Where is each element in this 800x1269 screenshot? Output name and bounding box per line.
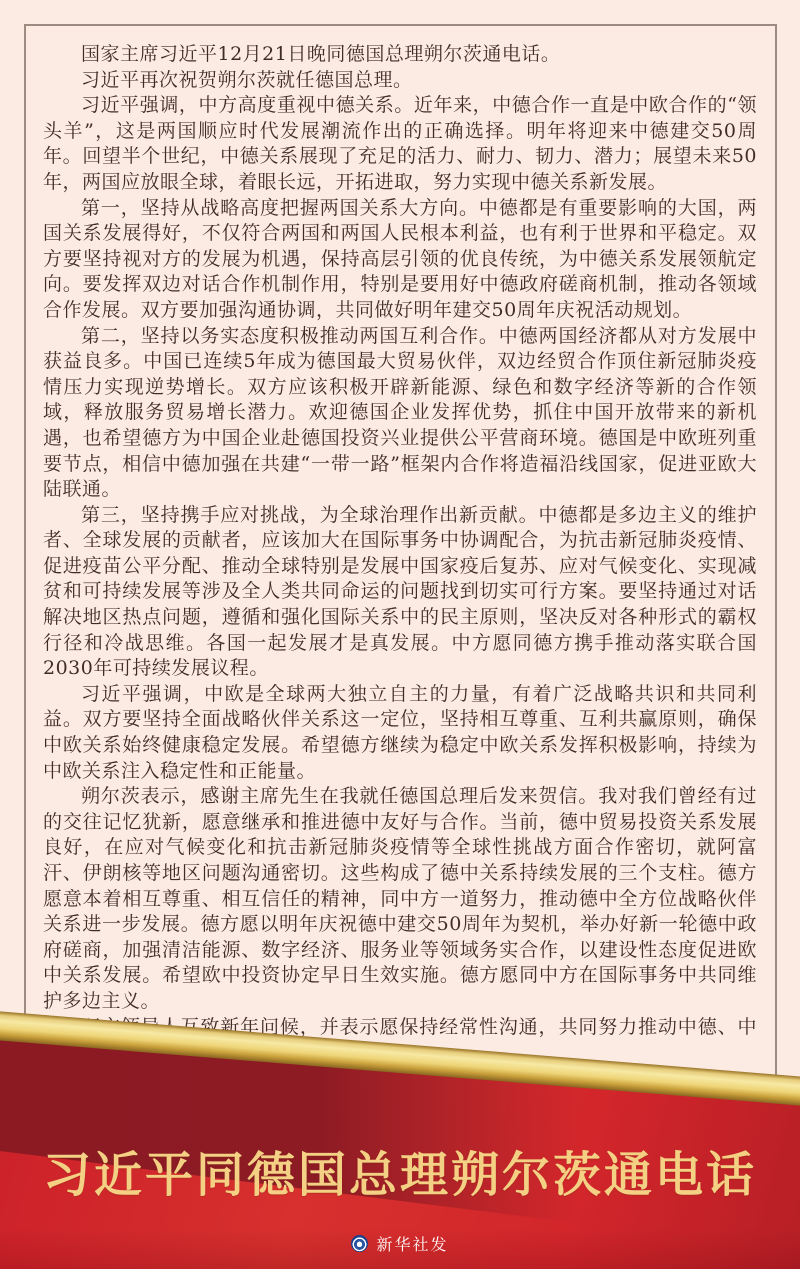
article-paragraph: 朔尔茨表示，感谢主席先生在我就任德国总理后发来贺信。我对我们曾经有过的交往记忆犹… [43,784,757,1014]
article-paragraph: 第二，坚持以务实态度积极推动两国互利合作。中德两国经济都从对方发展中获益良多。中… [43,324,757,503]
bottom-banner: 习近平同德国总理朔尔茨通电话 新华社发 [0,1010,800,1269]
article-body: 国家主席习近平12月21日晚同德国总理朔尔茨通电话。习近平再次祝贺朔尔茨就任德国… [43,42,757,1066]
article-paragraph: 国家主席习近平12月21日晚同德国总理朔尔茨通电话。 [43,42,757,68]
article-paragraph: 第一，坚持从战略高度把握两国关系大方向。中德都是有重要影响的大国，两国关系发展得… [43,196,757,324]
article-paragraph: 第三，坚持携手应对挑战，为全球治理作出新贡献。中德都是多边主义的维护者、全球发展… [43,503,757,682]
article-paragraph: 习近平再次祝贺朔尔茨就任德国总理。 [43,68,757,94]
xinhua-logo-icon [351,1235,368,1252]
credit-row: 新华社发 [0,1232,800,1255]
article-paragraph: 习近平强调，中欧是全球两大独立自主的力量，有着广泛战略共识和共同利益。双方要坚持… [43,682,757,784]
page-root: { "page": { "background_color": "#fcebe2… [0,0,800,1269]
credit-label: 新华社发 [376,1232,448,1255]
article-paragraph: 习近平强调，中方高度重视中德关系。近年来，中德合作一直是中欧合作的“领头羊”，这… [43,93,757,195]
banner-title: 习近平同德国总理朔尔茨通电话 [0,1136,800,1205]
